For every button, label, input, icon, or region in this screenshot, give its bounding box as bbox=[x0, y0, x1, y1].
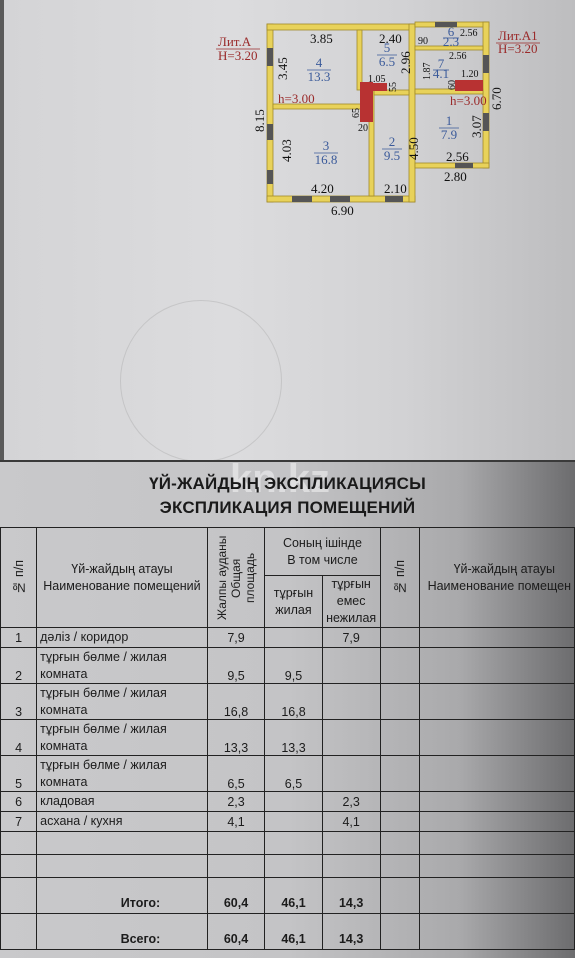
total-area bbox=[207, 855, 265, 878]
header-name: Үй-жайдың атауыНаименование помещений bbox=[37, 528, 208, 628]
header-no: № п/п bbox=[1, 528, 37, 628]
header-nonliving: тұрғынемеснежилая bbox=[322, 576, 380, 628]
nonliving-area bbox=[322, 832, 380, 855]
dim: 55 bbox=[388, 82, 399, 92]
header-no-2: № п/п bbox=[380, 528, 419, 628]
inner-height-a: h=3.00 bbox=[278, 91, 315, 106]
nonliving-area bbox=[322, 756, 380, 792]
nonliving-area bbox=[322, 684, 380, 720]
dim: 3.45 bbox=[275, 57, 290, 80]
room-name bbox=[37, 855, 208, 878]
header-total: Жалпы ауданыОбщаяплощадь bbox=[207, 528, 265, 628]
living-area bbox=[265, 628, 322, 648]
svg-text:16.8: 16.8 bbox=[315, 152, 338, 167]
total-area: 16,8 bbox=[207, 684, 265, 720]
table-row: 3тұрғын бөлме / жилая комната16,816,8 bbox=[1, 684, 575, 720]
table-row: 1дәліз / коридор7,97,9 bbox=[1, 628, 575, 648]
living-area: 6,5 bbox=[265, 756, 322, 792]
dim: 6.70 bbox=[489, 87, 504, 110]
table-row: 4тұрғын бөлме / жилая комната13,313,3 bbox=[1, 720, 575, 756]
dim: 2.40 bbox=[379, 31, 402, 46]
title-kz: ҮЙ-ЖАЙДЫҢ ЭКСПЛИКАЦИЯСЫ bbox=[0, 474, 575, 494]
dim: 2.56 bbox=[460, 28, 478, 39]
svg-text:1: 1 bbox=[446, 113, 453, 128]
table-row bbox=[1, 832, 575, 855]
row-number bbox=[1, 855, 37, 878]
svg-text:7.9: 7.9 bbox=[441, 127, 457, 142]
dim: 3.07 bbox=[469, 115, 484, 138]
total-area bbox=[207, 832, 265, 855]
dim: 4.03 bbox=[279, 139, 294, 162]
grand-total-row: Всего: 60,4 46,1 14,3 bbox=[1, 914, 575, 950]
dim: 4.50 bbox=[406, 137, 421, 160]
dim: 2.96 bbox=[398, 51, 413, 74]
total-area: 4,1 bbox=[207, 812, 265, 832]
room-name: тұрғын бөлме / жилая комната bbox=[37, 720, 208, 756]
dim: 20 bbox=[358, 123, 368, 134]
dim: 90 bbox=[418, 36, 428, 47]
living-area: 9,5 bbox=[265, 648, 322, 684]
living-area bbox=[265, 832, 322, 855]
nonliving-area: 7,9 bbox=[322, 628, 380, 648]
total-area: 6,5 bbox=[207, 756, 265, 792]
total-area: 13,3 bbox=[207, 720, 265, 756]
living-area bbox=[265, 792, 322, 812]
room-name: дәліз / коридор bbox=[37, 628, 208, 648]
table-row: 5тұрғын бөлме / жилая комната6,56,5 bbox=[1, 756, 575, 792]
table-row bbox=[1, 855, 575, 878]
nonliving-area bbox=[322, 648, 380, 684]
nonliving-area bbox=[322, 720, 380, 756]
row-number: 2 bbox=[1, 648, 37, 684]
room-name bbox=[37, 832, 208, 855]
explication-table: № п/п Үй-жайдың атауыНаименование помеще… bbox=[0, 527, 575, 950]
total-area: 9,5 bbox=[207, 648, 265, 684]
svg-text:3: 3 bbox=[323, 138, 330, 153]
liter-a-height: H=3.20 bbox=[218, 48, 257, 63]
dim: 2.80 bbox=[444, 169, 467, 184]
header-living: тұрғынжилая bbox=[265, 576, 322, 628]
row-number: 4 bbox=[1, 720, 37, 756]
dim: 6.90 bbox=[331, 203, 354, 218]
header-including: Соның ішіндеВ том числе bbox=[265, 528, 380, 576]
nonliving-area: 2,3 bbox=[322, 792, 380, 812]
living-area bbox=[265, 855, 322, 878]
dim: 3.85 bbox=[310, 31, 333, 46]
total-area: 2,3 bbox=[207, 792, 265, 812]
dim: 1.20 bbox=[461, 69, 479, 80]
svg-text:6.5: 6.5 bbox=[379, 54, 395, 69]
living-area: 16,8 bbox=[265, 684, 322, 720]
row-number: 7 bbox=[1, 812, 37, 832]
dim: 8.15 bbox=[252, 109, 267, 132]
dim: 65 bbox=[351, 108, 362, 118]
dim: 1.87 bbox=[422, 63, 433, 81]
liter-a-label: Лит.А bbox=[218, 34, 252, 49]
table-row: 2тұрғын бөлме / жилая комната9,59,5 bbox=[1, 648, 575, 684]
table-row: 7асхана / кухня4,14,1 bbox=[1, 812, 575, 832]
dim: 1.05 bbox=[368, 74, 386, 85]
row-number: 6 bbox=[1, 792, 37, 812]
dim: 2.56 bbox=[446, 149, 469, 164]
row-number bbox=[1, 832, 37, 855]
row-number: 3 bbox=[1, 684, 37, 720]
row-number: 5 bbox=[1, 756, 37, 792]
svg-text:2.3: 2.3 bbox=[443, 34, 459, 49]
living-area: 13,3 bbox=[265, 720, 322, 756]
inner-height-a1: h=3.00 bbox=[450, 93, 487, 108]
subtotal-row: Итого: 60,4 46,1 14,3 bbox=[1, 878, 575, 914]
room-name: тұрғын бөлме / жилая комната bbox=[37, 648, 208, 684]
title-ru: ЭКСПЛИКАЦИЯ ПОМЕЩЕНИЙ bbox=[0, 498, 575, 518]
liter-a1-height: H=3.20 bbox=[498, 41, 537, 56]
table-row: 6кладовая2,32,3 bbox=[1, 792, 575, 812]
dim: 2.56 bbox=[449, 51, 467, 62]
dim: 60 bbox=[447, 80, 458, 90]
svg-text:13.3: 13.3 bbox=[308, 69, 331, 84]
row-number: 1 bbox=[1, 628, 37, 648]
svg-text:2: 2 bbox=[389, 134, 396, 149]
svg-text:4: 4 bbox=[316, 55, 323, 70]
nonliving-area: 4,1 bbox=[322, 812, 380, 832]
svg-text:4.1: 4.1 bbox=[433, 66, 449, 81]
svg-text:9.5: 9.5 bbox=[384, 148, 400, 163]
room-name: асхана / кухня bbox=[37, 812, 208, 832]
room-name: тұрғын бөлме / жилая комната bbox=[37, 756, 208, 792]
room-name: кладовая bbox=[37, 792, 208, 812]
room-name: тұрғын бөлме / жилая комната bbox=[37, 684, 208, 720]
header-name-2: Үй-жайдың атауыНаименование помещен bbox=[419, 528, 574, 628]
dim: 2.10 bbox=[384, 181, 407, 196]
dim: 4.20 bbox=[311, 181, 334, 196]
floor-plan: Лит.А H=3.20 Лит.А1 H=3.20 h=3.00 h=3.00… bbox=[0, 0, 575, 460]
svg-text:5: 5 bbox=[384, 40, 391, 55]
nonliving-area bbox=[322, 855, 380, 878]
living-area bbox=[265, 812, 322, 832]
total-area: 7,9 bbox=[207, 628, 265, 648]
